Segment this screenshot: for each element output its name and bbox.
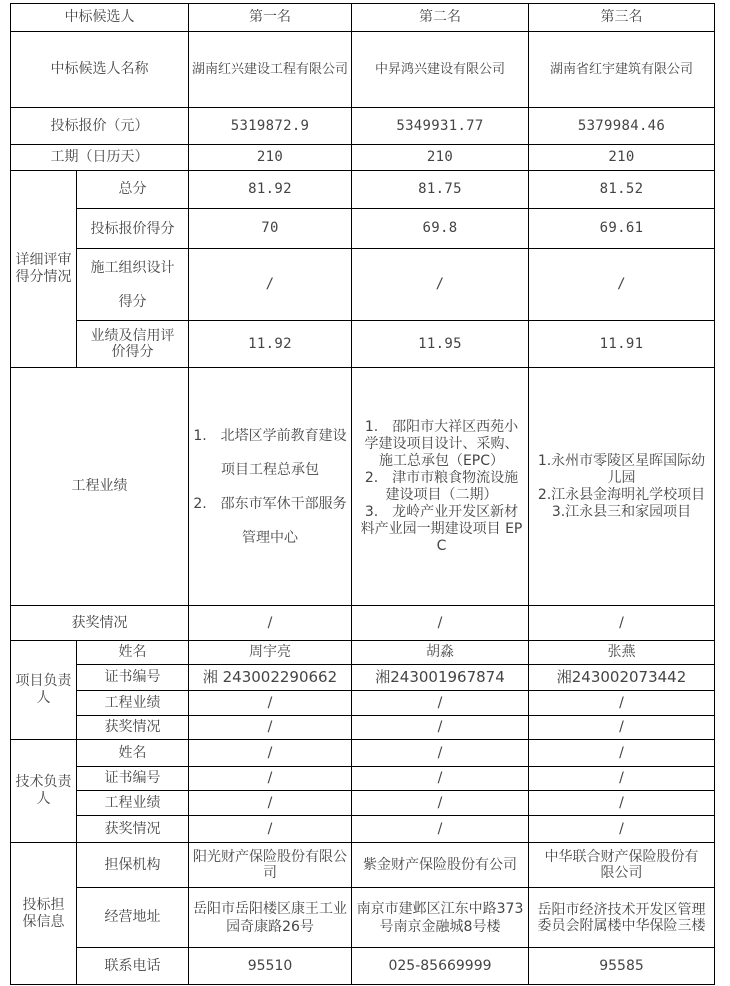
performance-item: 2. 邵东市军休干部服务管理中心 bbox=[192, 487, 348, 555]
pm-name-1: 周宇亮 bbox=[189, 641, 352, 665]
candidate-name-label: 中标候选人名称 bbox=[11, 32, 189, 108]
candidate-name-1: 湖南红兴建设工程有限公司 bbox=[189, 32, 352, 108]
pm-name-3: 张燕 bbox=[529, 641, 715, 665]
tl-performance-3: / bbox=[529, 791, 715, 816]
pm-name-label: 姓名 bbox=[77, 641, 189, 665]
rank-1: 第一名 bbox=[189, 4, 352, 32]
guarantor-address-label: 经营地址 bbox=[77, 888, 189, 948]
tl-performance-2: / bbox=[352, 791, 529, 816]
guarantor-phone-3: 95585 bbox=[529, 948, 715, 985]
pm-cert-1: 湘 243002290662 bbox=[189, 665, 352, 691]
tl-name-label: 姓名 bbox=[77, 740, 189, 767]
candidate-name-row: 中标候选人名称 湖南红兴建设工程有限公司 中昇鸿兴建设有限公司 湖南省红宇建筑有… bbox=[11, 32, 715, 108]
score-credit-row: 业绩及信用评价得分 11.92 11.95 11.91 bbox=[11, 321, 715, 368]
duration-3: 210 bbox=[529, 145, 715, 171]
guarantor-address-row: 经营地址 岳阳市岳阳楼区康王工业园奇康路26号 南京市建邺区江东中路373号南京… bbox=[11, 888, 715, 948]
pm-name-2: 胡淼 bbox=[352, 641, 529, 665]
tl-cert-2: / bbox=[352, 767, 529, 791]
pm-awards-row: 获奖情况 / / / bbox=[11, 716, 715, 740]
score-price-2: 69.8 bbox=[352, 209, 529, 249]
score-total-2: 81.75 bbox=[352, 171, 529, 209]
project-manager-group-label: 项目负责人 bbox=[11, 641, 77, 740]
tl-cert-3: / bbox=[529, 767, 715, 791]
awards-1: / bbox=[189, 606, 352, 641]
score-construction-3: / bbox=[529, 249, 715, 321]
score-credit-1: 11.92 bbox=[189, 321, 352, 368]
duration-row: 工期（日历天） 210 210 210 bbox=[11, 145, 715, 171]
tl-cert-1: / bbox=[189, 767, 352, 791]
tl-performance-label: 工程业绩 bbox=[77, 791, 189, 816]
project-performance-label: 工程业绩 bbox=[11, 368, 189, 606]
pm-awards-3: / bbox=[529, 716, 715, 740]
guarantor-address-3: 岳阳市经济技术开发区管理委员会附属楼中华保险三楼 bbox=[529, 888, 715, 948]
guarantee-group-label: 投标担保信息 bbox=[11, 843, 77, 985]
tl-cert-row: 证书编号 / / / bbox=[11, 767, 715, 791]
guarantor-row: 投标担保信息 担保机构 阳光财产保险股份有限公司 紫金财产保险股份有公司 中华联… bbox=[11, 843, 715, 888]
bid-price-1: 5319872.9 bbox=[189, 108, 352, 145]
performance-item: 3.江永县三和家园项目 bbox=[532, 504, 711, 521]
technical-lead-group-label: 技术负责人 bbox=[11, 740, 77, 843]
performance-item: 2.江永县金海明礼学校项目 bbox=[532, 487, 711, 504]
guarantor-2: 紫金财产保险股份有公司 bbox=[352, 843, 529, 888]
header-row: 中标候选人 第一名 第二名 第三名 bbox=[11, 4, 715, 32]
performance-item: 3. 龙岭产业开发区新材料产业园一期建设项目 EPC bbox=[358, 504, 525, 555]
tl-name-2: / bbox=[352, 740, 529, 767]
bid-price-2: 5349931.77 bbox=[352, 108, 529, 145]
bid-candidates-table: 中标候选人 第一名 第二名 第三名 中标候选人名称 湖南红兴建设工程有限公司 中… bbox=[10, 3, 715, 985]
pm-performance-row: 工程业绩 / / / bbox=[11, 691, 715, 716]
guarantor-address-1: 岳阳市岳阳楼区康王工业园奇康路26号 bbox=[189, 888, 352, 948]
duration-label: 工期（日历天） bbox=[11, 145, 189, 171]
score-credit-3: 11.91 bbox=[529, 321, 715, 368]
bid-price-label: 投标报价（元） bbox=[11, 108, 189, 145]
tl-awards-1: / bbox=[189, 816, 352, 843]
score-construction-label: 施工组织设计得分 bbox=[77, 249, 189, 321]
pm-cert-row: 证书编号 湘 243002290662 湘243001967874 湘24300… bbox=[11, 665, 715, 691]
guarantor-address-2: 南京市建邺区江东中路373号南京金融城8号楼 bbox=[352, 888, 529, 948]
guarantor-phone-label: 联系电话 bbox=[77, 948, 189, 985]
pm-awards-label: 获奖情况 bbox=[77, 716, 189, 740]
tl-cert-label: 证书编号 bbox=[77, 767, 189, 791]
pm-performance-1: / bbox=[189, 691, 352, 716]
score-total-row: 详细评审得分情况 总分 81.92 81.75 81.52 bbox=[11, 171, 715, 209]
pm-performance-3: / bbox=[529, 691, 715, 716]
pm-awards-1: / bbox=[189, 716, 352, 740]
rank-2: 第二名 bbox=[352, 4, 529, 32]
score-total-1: 81.92 bbox=[189, 171, 352, 209]
awards-2: / bbox=[352, 606, 529, 641]
score-credit-label: 业绩及信用评价得分 bbox=[77, 321, 189, 368]
performance-item: 1. 邵阳市大祥区西苑小学建设项目设计、采购、施工总承包（EPC） bbox=[358, 419, 525, 470]
guarantor-3: 中华联合财产保险股份有限公司 bbox=[529, 843, 715, 888]
pm-cert-3: 湘243002073442 bbox=[529, 665, 715, 691]
score-price-3: 69.61 bbox=[529, 209, 715, 249]
rank-3: 第三名 bbox=[529, 4, 715, 32]
score-details-group-label: 详细评审得分情况 bbox=[11, 171, 77, 368]
awards-3: / bbox=[529, 606, 715, 641]
pm-cert-label: 证书编号 bbox=[77, 665, 189, 691]
tl-performance-row: 工程业绩 / / / bbox=[11, 791, 715, 816]
project-performance-1: 1. 北塔区学前教育建设项目工程总承包 2. 邵东市军休干部服务管理中心 bbox=[189, 368, 352, 606]
guarantor-1: 阳光财产保险股份有限公司 bbox=[189, 843, 352, 888]
bid-price-3: 5379984.46 bbox=[529, 108, 715, 145]
score-construction-1: / bbox=[189, 249, 352, 321]
performance-item: 1.永州市零陵区星晖国际幼儿园 bbox=[532, 453, 711, 487]
candidate-name-3: 湖南省红宇建筑有限公司 bbox=[529, 32, 715, 108]
tl-performance-1: / bbox=[189, 791, 352, 816]
tl-awards-3: / bbox=[529, 816, 715, 843]
score-price-row: 投标报价得分 70 69.8 69.61 bbox=[11, 209, 715, 249]
tl-awards-row: 获奖情况 / / / bbox=[11, 816, 715, 843]
score-total-3: 81.52 bbox=[529, 171, 715, 209]
tl-awards-2: / bbox=[352, 816, 529, 843]
pm-awards-2: / bbox=[352, 716, 529, 740]
guarantor-label: 担保机构 bbox=[77, 843, 189, 888]
project-performance-row: 工程业绩 1. 北塔区学前教育建设项目工程总承包 2. 邵东市军休干部服务管理中… bbox=[11, 368, 715, 606]
pm-performance-label: 工程业绩 bbox=[77, 691, 189, 716]
project-performance-2: 1. 邵阳市大祥区西苑小学建设项目设计、采购、施工总承包（EPC） 2. 津市市… bbox=[352, 368, 529, 606]
guarantor-phone-row: 联系电话 95510 025-85669999 95585 bbox=[11, 948, 715, 985]
score-construction-2: / bbox=[352, 249, 529, 321]
performance-item: 2. 津市市粮食物流设施建设项目（二期） bbox=[358, 470, 525, 504]
pm-performance-2: / bbox=[352, 691, 529, 716]
project-performance-3: 1.永州市零陵区星晖国际幼儿园 2.江永县金海明礼学校项目 3.江永县三和家园项… bbox=[529, 368, 715, 606]
awards-row: 获奖情况 / / / bbox=[11, 606, 715, 641]
awards-label: 获奖情况 bbox=[11, 606, 189, 641]
duration-1: 210 bbox=[189, 145, 352, 171]
tl-name-row: 技术负责人 姓名 / / / bbox=[11, 740, 715, 767]
score-price-1: 70 bbox=[189, 209, 352, 249]
score-credit-2: 11.95 bbox=[352, 321, 529, 368]
pm-cert-2: 湘243001967874 bbox=[352, 665, 529, 691]
tl-awards-label: 获奖情况 bbox=[77, 816, 189, 843]
performance-item: 1. 北塔区学前教育建设项目工程总承包 bbox=[192, 419, 348, 487]
header-label: 中标候选人 bbox=[11, 4, 189, 32]
candidate-name-2: 中昇鸿兴建设有限公司 bbox=[352, 32, 529, 108]
pm-name-row: 项目负责人 姓名 周宇亮 胡淼 张燕 bbox=[11, 641, 715, 665]
tl-name-3: / bbox=[529, 740, 715, 767]
bid-price-row: 投标报价（元） 5319872.9 5349931.77 5379984.46 bbox=[11, 108, 715, 145]
score-construction-row: 施工组织设计得分 / / / bbox=[11, 249, 715, 321]
guarantor-phone-2: 025-85669999 bbox=[352, 948, 529, 985]
guarantor-phone-1: 95510 bbox=[189, 948, 352, 985]
duration-2: 210 bbox=[352, 145, 529, 171]
tl-name-1: / bbox=[189, 740, 352, 767]
score-total-label: 总分 bbox=[77, 171, 189, 209]
score-price-label: 投标报价得分 bbox=[77, 209, 189, 249]
